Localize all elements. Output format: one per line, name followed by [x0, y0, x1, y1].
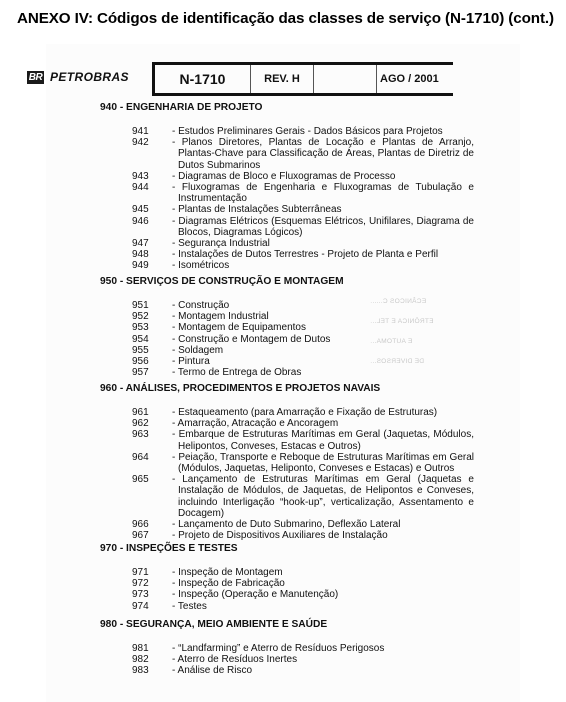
br-logo-icon: BR [27, 71, 44, 84]
list-item: 955- Soldagem [132, 345, 474, 356]
item-code: 982 [132, 654, 172, 665]
list-item: 965- Lançamento de Estruturas Marítimas … [132, 474, 474, 519]
item-code: 949 [132, 260, 172, 271]
list-item: 947- Segurança Industrial [132, 238, 474, 249]
item-description: - Soldagem [172, 345, 474, 356]
item-description: - Aterro de Resíduos Inertes [172, 654, 474, 665]
item-description: - Peiação, Transporte e Reboque de Estru… [172, 452, 474, 474]
item-description: - Diagramas Elétricos (Esquemas Elétrico… [172, 216, 474, 238]
list-item: 966- Lançamento de Duto Submarino, Defle… [132, 519, 474, 530]
list-item: 952- Montagem Industrial [132, 311, 474, 322]
list-item: 953- Montagem de Equipamentos [132, 322, 474, 333]
item-code: 946 [132, 216, 172, 238]
list-item: 944- Fluxogramas de Engenharia e Fluxogr… [132, 182, 474, 204]
section-title: 980 - SEGURANÇA, MEIO AMBIENTE E SAÚDE [100, 619, 474, 630]
item-description: - Testes [172, 601, 474, 612]
item-code: 964 [132, 452, 172, 474]
item-description: - Estudos Preliminares Gerais - Dados Bá… [172, 126, 474, 137]
item-code: 972 [132, 578, 172, 589]
section-title: 960 - ANÁLISES, PROCEDIMENTOS E PROJETOS… [100, 383, 474, 394]
document-header-box: N-1710 REV. H AGO / 2001 [152, 62, 453, 96]
list-item: 956- Pintura [132, 356, 474, 367]
item-list: 951- Construção952- Montagem Industrial9… [132, 300, 474, 378]
item-description: - Inspeção de Montagem [172, 567, 474, 578]
item-code: 962 [132, 418, 172, 429]
section-970: 970 - INSPEÇÕES E TESTES 971- Inspeção d… [100, 543, 474, 612]
item-description: - Lançamento de Duto Submarino, Deflexão… [172, 519, 474, 530]
item-description: - Análise de Risco [172, 665, 474, 676]
item-list: 961- Estaqueamento (para Amarração e Fix… [132, 407, 474, 541]
section-960: 960 - ANÁLISES, PROCEDIMENTOS E PROJETOS… [100, 383, 474, 541]
item-description: - Pintura [172, 356, 474, 367]
list-item: 941- Estudos Preliminares Gerais - Dados… [132, 126, 474, 137]
item-description: - Inspeção (Operação e Manutenção) [172, 589, 474, 600]
list-item: 982- Aterro de Resíduos Inertes [132, 654, 474, 665]
item-code: 956 [132, 356, 172, 367]
list-item: 945- Plantas de Instalações Subterrâneas [132, 204, 474, 215]
blank-cell [314, 65, 377, 93]
item-description: - Instalações de Dutos Terrestres - Proj… [172, 249, 474, 260]
list-item: 963- Embarque de Estruturas Marítimas em… [132, 429, 474, 451]
list-item: 954- Construção e Montagem de Dutos [132, 334, 474, 345]
item-code: 948 [132, 249, 172, 260]
item-code: 963 [132, 429, 172, 451]
section-940: 940 - ENGENHARIA DE PROJETO 941- Estudos… [100, 102, 474, 272]
list-item: 946- Diagramas Elétricos (Esquemas Elétr… [132, 216, 474, 238]
list-item: 973- Inspeção (Operação e Manutenção) [132, 589, 474, 600]
item-list: 981- “Landfarming” e Aterro de Resíduos … [132, 643, 474, 677]
list-item: 951- Construção [132, 300, 474, 311]
company-name: PETROBRAS [50, 70, 129, 84]
section-title: 970 - INSPEÇÕES E TESTES [100, 543, 474, 554]
item-code: 971 [132, 567, 172, 578]
item-description: - Montagem de Equipamentos [172, 322, 474, 333]
item-description: - Amarração, Atracação e Ancoragem [172, 418, 474, 429]
petrobras-logo: BR PETROBRAS [27, 70, 129, 84]
list-item: 972- Inspeção de Fabricação [132, 578, 474, 589]
list-item: 983- Análise de Risco [132, 665, 474, 676]
item-description: - Segurança Industrial [172, 238, 474, 249]
list-item: 967- Projeto de Dispositivos Auxiliares … [132, 530, 474, 541]
item-list: 971- Inspeção de Montagem972- Inspeção d… [132, 567, 474, 612]
item-description: - Construção [172, 300, 474, 311]
item-code: 961 [132, 407, 172, 418]
list-item: 943- Diagramas de Bloco e Fluxogramas de… [132, 171, 474, 182]
item-code: 967 [132, 530, 172, 541]
annex-title: ANEXO IV: Códigos de identificação das c… [17, 10, 554, 27]
item-code: 947 [132, 238, 172, 249]
item-description: - Embarque de Estruturas Marítimas em Ge… [172, 429, 474, 451]
section-title: 940 - ENGENHARIA DE PROJETO [100, 102, 474, 113]
item-code: 974 [132, 601, 172, 612]
item-description: - Estaqueamento (para Amarração e Fixaçã… [172, 407, 474, 418]
item-description: - “Landfarming” e Aterro de Resíduos Per… [172, 643, 474, 654]
list-item: 974- Testes [132, 601, 474, 612]
item-code: 952 [132, 311, 172, 322]
list-item: 957- Termo de Entrega de Obras [132, 367, 474, 378]
item-code: 981 [132, 643, 172, 654]
item-code: 943 [132, 171, 172, 182]
list-item: 981- “Landfarming” e Aterro de Resíduos … [132, 643, 474, 654]
item-description: - Projeto de Dispositivos Auxiliares de … [172, 530, 474, 541]
item-code: 953 [132, 322, 172, 333]
item-description: - Isométricos [172, 260, 474, 271]
document-number: N-1710 [155, 65, 251, 93]
list-item: 962- Amarração, Atracação e Ancoragem [132, 418, 474, 429]
item-description: - Diagramas de Bloco e Fluxogramas de Pr… [172, 171, 474, 182]
item-description: - Construção e Montagem de Dutos [172, 334, 474, 345]
list-item: 948- Instalações de Dutos Terrestres - P… [132, 249, 474, 260]
section-950: 950 - SERVIÇOS DE CONSTRUÇÃO E MONTAGEM … [100, 276, 474, 378]
list-item: 961- Estaqueamento (para Amarração e Fix… [132, 407, 474, 418]
item-code: 957 [132, 367, 172, 378]
item-description: - Lançamento de Estruturas Marítimas em … [172, 474, 474, 519]
item-code: 942 [132, 137, 172, 171]
item-description: - Termo de Entrega de Obras [172, 367, 474, 378]
revision: REV. H [251, 65, 314, 93]
item-code: 941 [132, 126, 172, 137]
list-item: 949- Isométricos [132, 260, 474, 271]
item-code: 954 [132, 334, 172, 345]
item-code: 945 [132, 204, 172, 215]
item-code: 983 [132, 665, 172, 676]
item-code: 951 [132, 300, 172, 311]
item-description: - Inspeção de Fabricação [172, 578, 474, 589]
item-description: - Montagem Industrial [172, 311, 474, 322]
item-list: 941- Estudos Preliminares Gerais - Dados… [132, 126, 474, 272]
list-item: 964- Peiação, Transporte e Reboque de Es… [132, 452, 474, 474]
document-date: AGO / 2001 [377, 65, 453, 93]
item-code: 973 [132, 589, 172, 600]
section-980: 980 - SEGURANÇA, MEIO AMBIENTE E SAÚDE 9… [100, 619, 474, 677]
item-description: - Plantas de Instalações Subterrâneas [172, 204, 474, 215]
item-code: 944 [132, 182, 172, 204]
list-item: 971- Inspeção de Montagem [132, 567, 474, 578]
item-description: - Fluxogramas de Engenharia e Fluxograma… [172, 182, 474, 204]
list-item: 942- Planos Diretores, Plantas de Locaçã… [132, 137, 474, 171]
section-title: 950 - SERVIÇOS DE CONSTRUÇÃO E MONTAGEM [100, 276, 474, 287]
item-description: - Planos Diretores, Plantas de Locação e… [172, 137, 474, 171]
item-code: 965 [132, 474, 172, 519]
item-code: 955 [132, 345, 172, 356]
item-code: 966 [132, 519, 172, 530]
